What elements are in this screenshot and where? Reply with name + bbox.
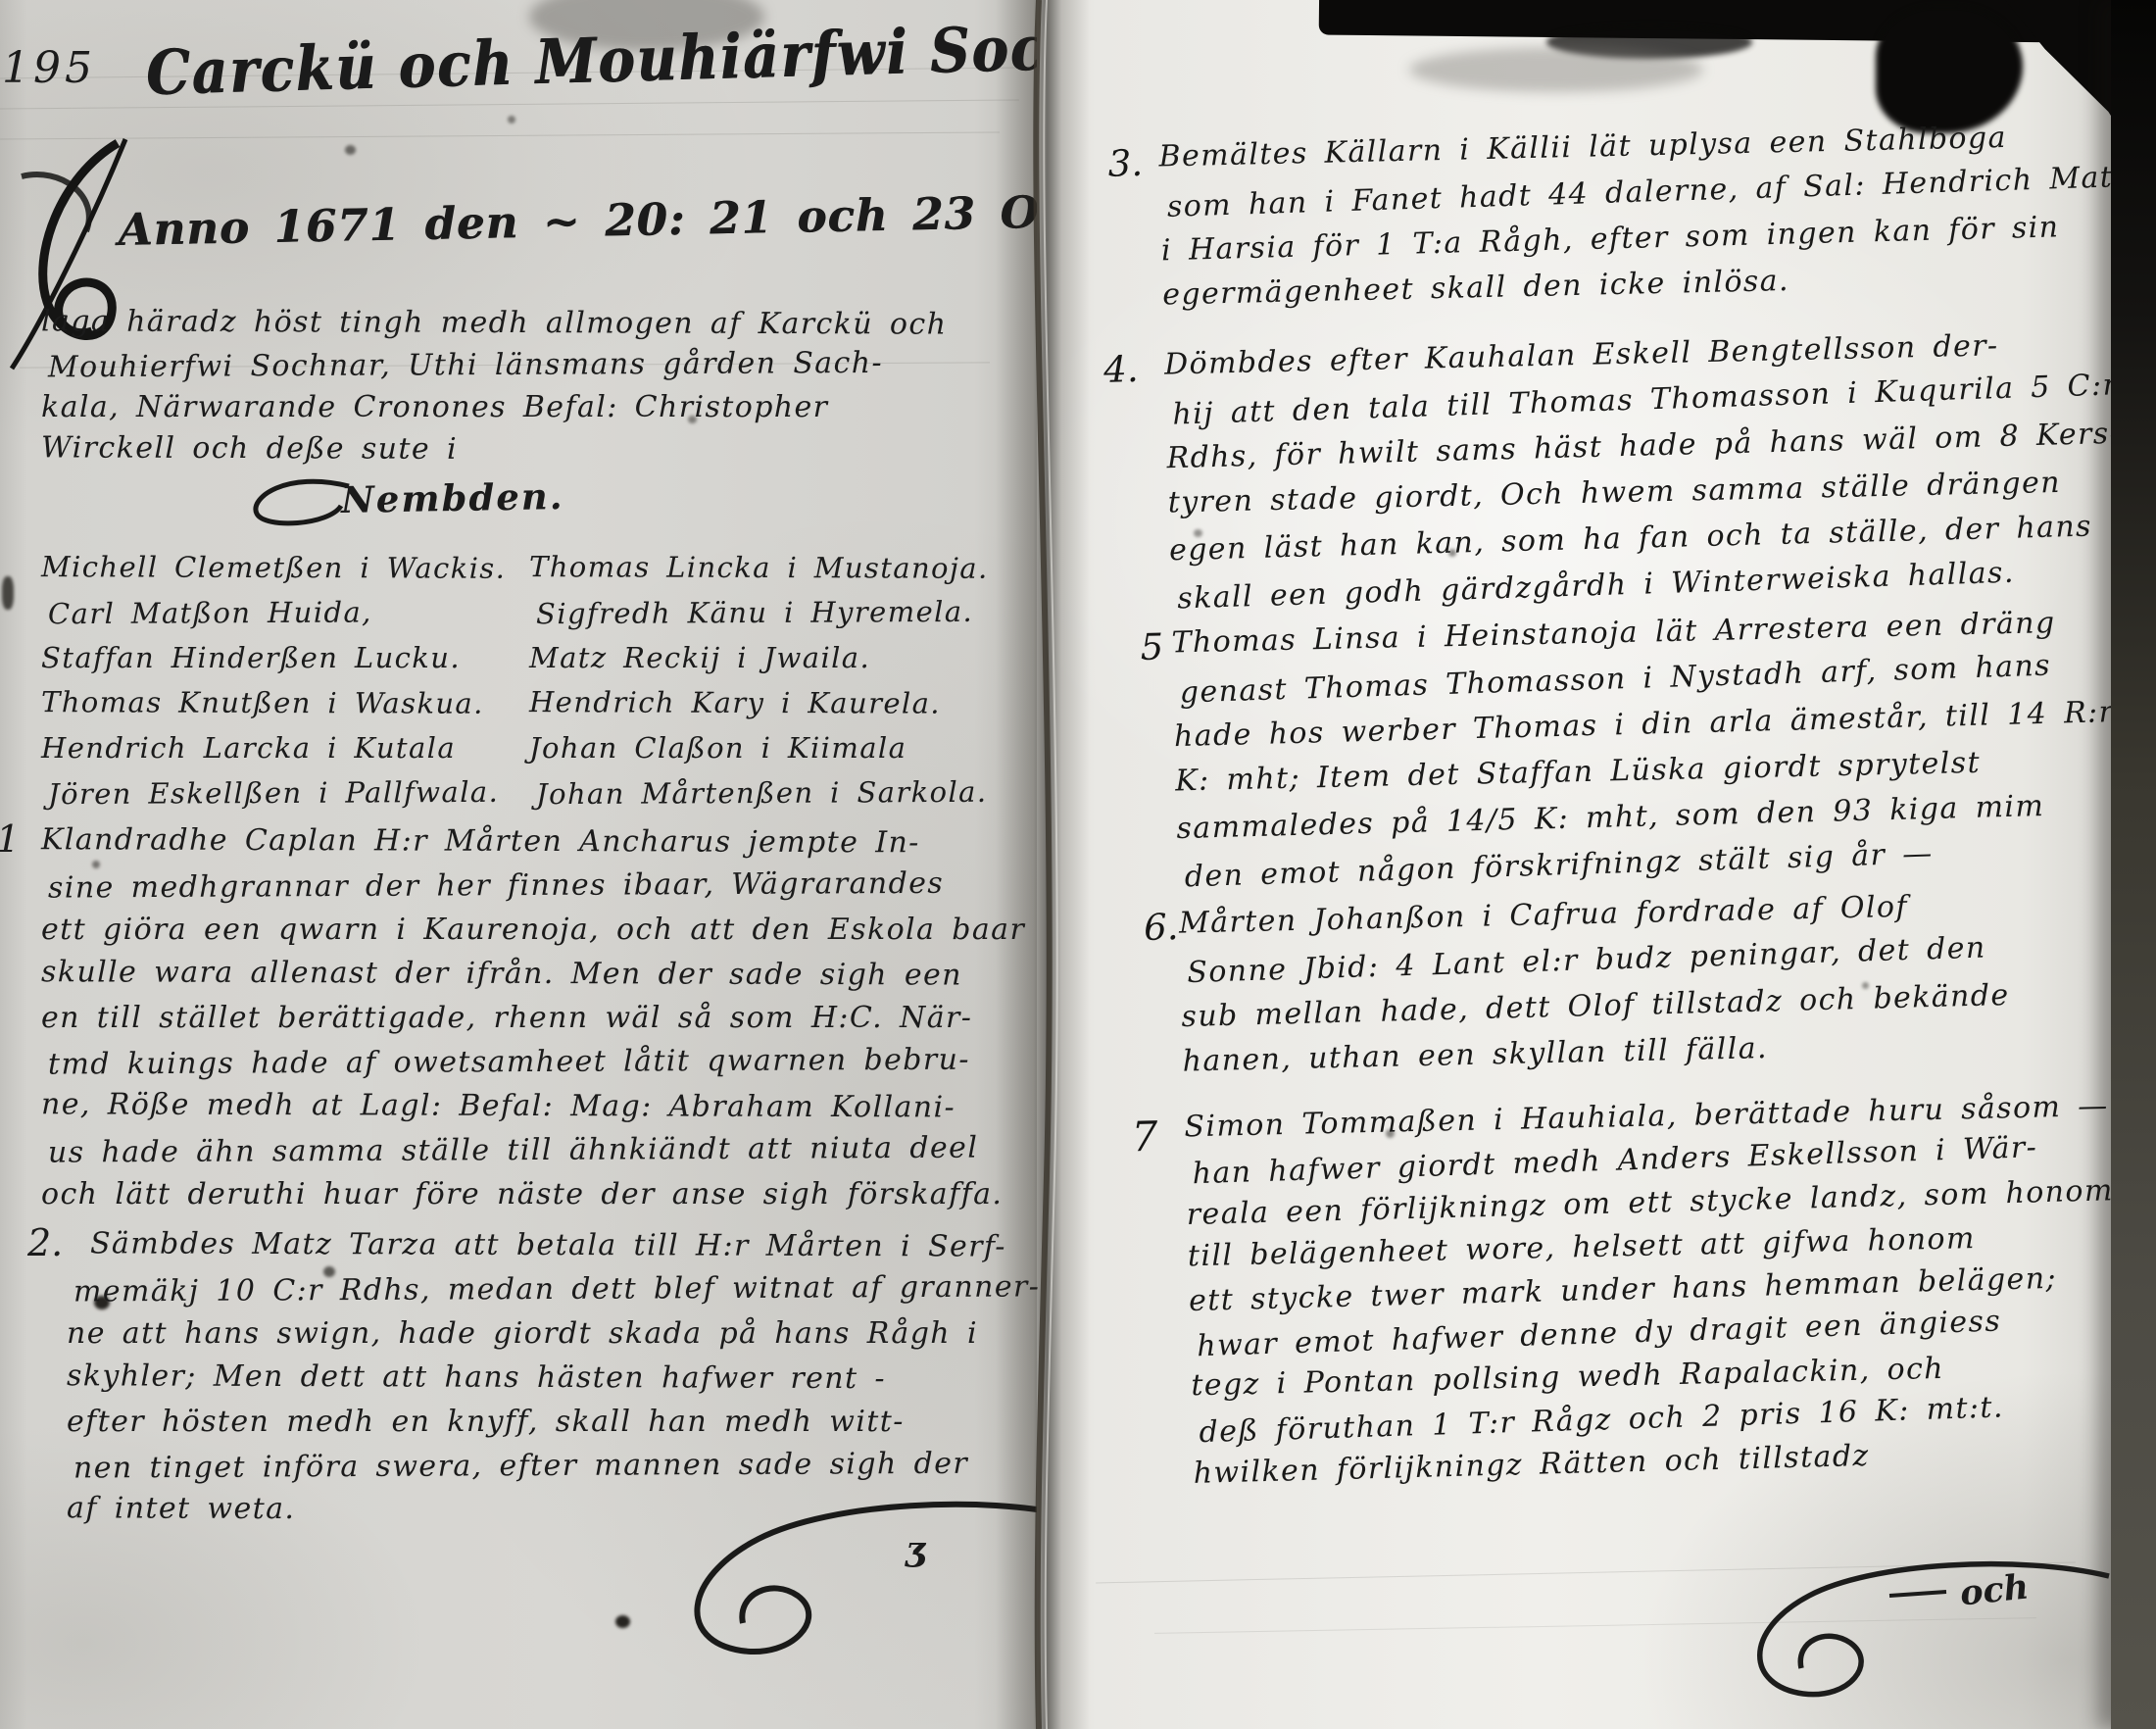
text-line: Johan Claßon i Kiimala [529, 725, 989, 770]
text-line: ett giöra een qwarn i Kaurenoja, och att… [41, 908, 1025, 952]
entry-number: 6. [1144, 906, 1179, 949]
text-line: en till stället berättigade, rhenn wäl s… [41, 996, 1025, 1040]
left-page-number: 195 [2, 43, 96, 93]
text-line: kala, Närwarande Cronones Befal: Christo… [41, 386, 947, 428]
entry-number: 4. [1103, 348, 1139, 391]
text-line: Johan Mårtenßen i Sarkola. [536, 769, 996, 816]
jury-column-right: Thomas Lincka i Mustanoja.Sigfredh Känu … [529, 545, 989, 815]
text-line: tmd kuings hade af owetsamheet låtit qwa… [48, 1037, 1032, 1086]
text-line: memäkj 10 C:r Rdhs, medan dett blef witn… [73, 1264, 1041, 1313]
entry-3: Bemältes Källarn i Källii lät uplysa een… [1158, 109, 2156, 320]
nembden-heading: Nembden. [341, 474, 564, 521]
text-line: Staffan Hinderßen Lucku. [41, 635, 506, 680]
manuscript-scan: 195 Carckü och Mouhiärfwi Sochnar Anno 1… [0, 0, 2156, 1729]
text-line: Michell Clemetßen i Wackis. [41, 544, 506, 591]
text-line: us hade ähn samma ställe till ähnkiändt … [48, 1125, 1032, 1174]
entry-number: 1 [0, 817, 20, 861]
text-line: Sigfredh Känu i Hyremela. [536, 589, 996, 636]
binding-gutter [996, 0, 1090, 1729]
stain-smudge [1409, 47, 1703, 92]
fold-crease [1013, 0, 1072, 1729]
entry-2: Sämbdes Matz Tarza att betala till H:r M… [90, 1223, 1033, 1532]
ink-speck [615, 1615, 630, 1628]
text-line: af intet weta. [67, 1486, 1033, 1533]
jury-column-left: Michell Clemetßen i Wackis.Carl Matßon H… [41, 545, 506, 815]
text-line: laga häradz höst tingh medh allmogen af … [41, 300, 947, 345]
text-line: och lätt deruthi huar före näste der ans… [41, 1172, 1025, 1216]
entry-7: Simon Tommaßen i Hauhiala, berättade hur… [1184, 1083, 2121, 1496]
text-line: ne att hans swign, hade giordt skada på … [67, 1311, 1033, 1356]
entry-number: 3. [1107, 142, 1143, 185]
nembden-swash [247, 476, 355, 531]
intro-paragraph: laga häradz höst tingh medh allmogen af … [41, 302, 947, 470]
text-line: efter hösten medh en knyff, skall han me… [67, 1400, 1033, 1444]
text-line: Matz Reckij i Jwaila. [529, 635, 989, 680]
text-line: skulle wara allenast der ifrån. Men der … [41, 950, 1025, 998]
entry-5: Thomas Linsa i Heinstanoja lät Arrestera… [1171, 597, 2119, 898]
text-line: Carl Matßon Huida, [48, 589, 513, 636]
text-line: ne, Röße medh at Lagl: Befal: Mag: Abrah… [41, 1082, 1025, 1130]
text-line: Jören Eskellßen i Pallfwala. [48, 769, 513, 816]
text-line: Mouhierfwi Sochnar, Uthi länsmans gården… [48, 342, 955, 389]
ink-speck [688, 416, 697, 423]
text-line: sine medhgrannar der her finnes ibaar, W… [48, 861, 1032, 910]
text-line: Thomas Knutßen i Waskua. [41, 679, 506, 726]
page-edge-shadow [2111, 0, 2156, 1729]
text-line: Sämbdes Matz Tarza att betala till H:r M… [90, 1221, 1033, 1268]
ink-speck [2, 576, 14, 610]
entry-number: 5 [1140, 625, 1164, 668]
entry-number: 7 [1131, 1112, 1158, 1161]
text-line: Hendrich Larcka i Kutala [41, 725, 506, 770]
text-line: Klandradhe Caplan H:r Mårten Ancharus je… [41, 817, 1025, 865]
ink-speck [345, 145, 356, 155]
left-page: 195 Carckü och Mouhiärfwi Sochnar Anno 1… [0, 0, 1037, 1729]
text-line: Thomas Lincka i Mustanoja. [529, 544, 989, 591]
entry-number: 2. [27, 1221, 63, 1264]
entry-6: Mårten Johanßon i Cafrua fordrade af Olo… [1178, 880, 2011, 1086]
right-bottom-flourish [1725, 1549, 2117, 1725]
text-line: nen tinget införa swera, efter mannen sa… [73, 1441, 1041, 1490]
text-line: Wirckell och deße sute i [41, 426, 947, 471]
ink-speck [508, 116, 515, 123]
text-line: skyhler; Men dett att hans hästen hafwer… [67, 1354, 1033, 1401]
entry-1: Klandradhe Caplan H:r Mårten Ancharus je… [41, 819, 1025, 1216]
entry-4: Dömbdes efter Kauhalan Eskell Bengtellss… [1164, 319, 2126, 619]
text-line: Hendrich Kary i Kaurela. [529, 679, 989, 726]
